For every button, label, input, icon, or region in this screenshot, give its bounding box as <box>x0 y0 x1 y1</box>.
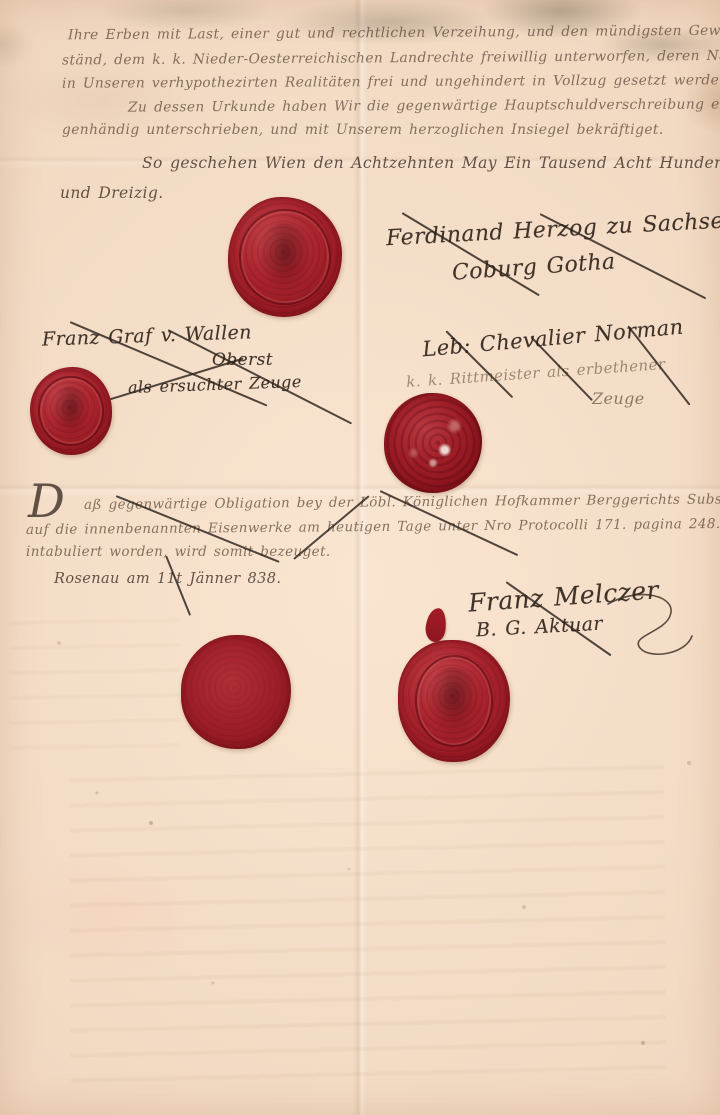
paper-specks <box>0 0 2 2</box>
note-text-line: intabuliert worden, wird somit bezeuget. <box>26 546 331 560</box>
wax-seal-registry <box>398 640 510 762</box>
signature-witness-right-line2: k. k. Rittmeister als erbethener <box>406 357 666 390</box>
note-text-line: auf die innenbenannten Eisenwerke am heu… <box>26 518 720 538</box>
body-text-line: Ihre Erben mit Last, einer gut und recht… <box>68 25 720 43</box>
seal-texture <box>181 635 291 749</box>
body-text-line: Zu dessen Urkunde haben Wir die gegenwär… <box>128 98 720 115</box>
signature-ferdinand-line1: Ferdinand Herzog zu Sachsen <box>386 210 720 250</box>
document-page: Ihre Erben mit Last, einer gut und recht… <box>0 0 720 1115</box>
body-text-line: ständ, dem k. k. Nieder-Oesterreichische… <box>62 49 720 68</box>
wax-drip <box>424 607 448 643</box>
seal-gloss-texture <box>384 393 482 493</box>
body-text-line: in Unseren verhypothezirten Realitäten f… <box>62 74 720 91</box>
note-initial-letter: D <box>28 478 65 524</box>
place-date-line: und Dreizig. <box>60 186 164 202</box>
wax-seal-witness-right <box>384 393 482 493</box>
signature-witness-right-line1: Leb: Chevalier Norman <box>422 317 685 361</box>
signature-witness-left-line1: Franz Graf v. Wallen <box>42 323 252 349</box>
wax-seal-ducal-large <box>228 197 342 317</box>
signature-flourish <box>600 592 700 662</box>
wax-seal-witness-left <box>30 367 112 455</box>
place-date-line: So geschehen Wien den Achtzehnten May Ei… <box>142 156 720 172</box>
ink-showthrough <box>10 600 180 750</box>
signature-witness-right-line3: Zeuge <box>592 391 645 407</box>
body-text-line: genhändig unterschrieben, und mit Unsere… <box>62 124 664 138</box>
ink-showthrough <box>69 754 666 1087</box>
note-place-date-line: Rosenau am 11t Jänner 838. <box>54 572 281 587</box>
wax-seal-bottom-left <box>181 635 291 749</box>
